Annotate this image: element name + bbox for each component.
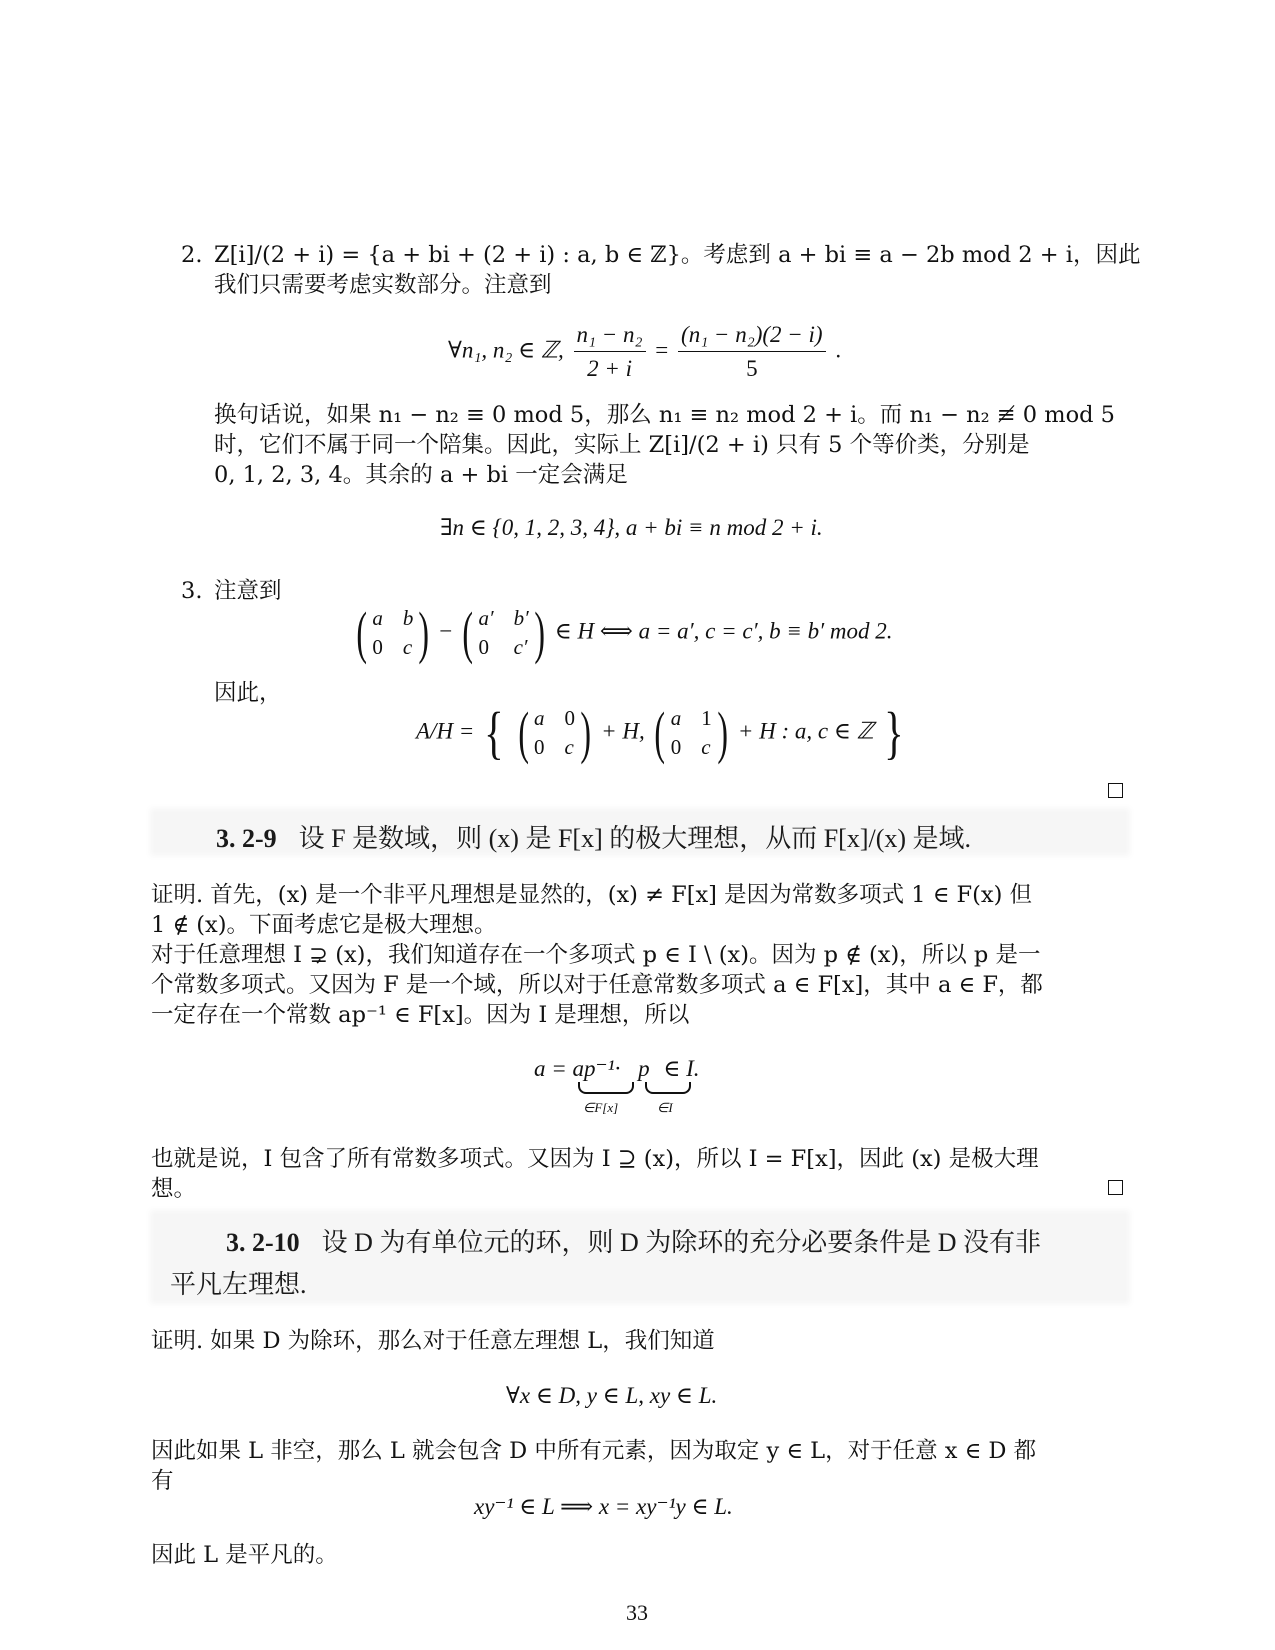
proof-2-display-equation-2: xy⁻¹ ∈ L ⟹ x = xy⁻¹y ∈ L.: [474, 1494, 733, 1520]
proof-2-line-3: 有: [151, 1470, 174, 1493]
right-paren: ): [580, 704, 591, 762]
minus-sign: −: [439, 618, 452, 643]
underbrace-2-icon: [645, 1082, 691, 1094]
proof-1-after-line-2: 想。: [151, 1178, 196, 1201]
matrix-entry: c: [565, 735, 576, 760]
fraction-2: (n₁ − n₂)(2 − i) 5: [678, 322, 826, 382]
fraction-2-denominator: 5: [746, 352, 758, 382]
matrix-entry: c: [403, 635, 414, 660]
item-3-display-equation-1: ( a b 0 c ) − ( a′ b′ 0 c′ ) ∈ H ⟺ a = a…: [352, 604, 893, 662]
proof-2-line-1: 证明. 如果 D 为除环，那么对于任意左理想 L，我们知道: [151, 1330, 715, 1353]
theorem-3-2-9: 3. 2-9设 F 是数域，则 (x) 是 F[x] 的极大理想，从而 F[x]…: [216, 818, 971, 855]
matrix-entry: c: [701, 735, 712, 760]
qed-square-icon: [1108, 1180, 1123, 1195]
matrix-entry: 0: [372, 635, 383, 660]
matrix-entry: a′: [478, 606, 493, 631]
proof-2-line-2: 因此如果 L 非空，那么 L 就会包含 D 中所有元素，因为取定 y ∈ L，对…: [151, 1440, 1036, 1463]
proof-1-line-1: 证明. 首先，(x) 是一个非平凡理想是显然的，(x) ≠ F[x] 是因为常数…: [151, 884, 1032, 907]
qed-square-icon: [1108, 783, 1123, 798]
proof-2-line-4: 因此 L 是平凡的。: [151, 1544, 338, 1567]
underbrace-1-icon: [578, 1082, 634, 1094]
item-2-label: 2.: [181, 244, 202, 267]
item-3-line-2: 因此，: [214, 682, 282, 705]
matrix-entry: a: [671, 706, 682, 731]
right-brace: }: [884, 704, 903, 762]
equivalence-condition: ∈ H ⟺ a = a′, c = c′, b ≡ b′ mod 2.: [555, 618, 893, 643]
matrix-entry: a: [372, 606, 383, 631]
set-condition: + H : a, c ∈ ℤ: [738, 718, 874, 743]
quotient-lhs: A/H =: [416, 718, 474, 743]
term-p: p: [638, 1056, 650, 1081]
item-2-line-3: 换句话说，如果 n₁ − n₂ ≡ 0 mod 5，那么 n₁ ≡ n₂ mod…: [214, 404, 1115, 427]
page-number: 33: [626, 1600, 648, 1626]
theorem-number: 3. 2-10: [226, 1228, 300, 1257]
matrix-entry: 0: [534, 735, 545, 760]
matrix-entry: b′: [514, 606, 529, 631]
matrix-entry: a: [534, 706, 545, 731]
left-paren: (: [655, 704, 666, 762]
term-ap-inverse: ap⁻¹: [573, 1056, 615, 1081]
item-2-display-equation-2: ∃n ∈ {0, 1, 2, 3, 4}, a + bi ≡ n mod 2 +…: [440, 515, 823, 541]
item-3-line-1: 注意到: [214, 580, 282, 603]
right-paren: ): [534, 604, 545, 662]
proof-1-line-5: 一定存在一个常数 ap⁻¹ ∈ F[x]。因为 I 是理想，所以: [151, 1004, 689, 1027]
left-brace: {: [484, 704, 503, 762]
fraction-2-numerator: (n₁ − n₂)(2 − i): [678, 322, 826, 352]
item-2-line-1: Z[i]/(2 + i) = {a + bi + (2 + i) : a, b …: [214, 244, 1140, 267]
theorem-statement-line-1: 设 D 为有单位元的环，则 D 为除环的充分必要条件是 D 没有非: [322, 1228, 1041, 1257]
matrix-4: ( a 1 0 c ): [650, 704, 732, 762]
item-2-line-4: 时，它们不属于同一个陪集。因此，实际上 Z[i]/(2 + i) 只有 5 个等…: [214, 434, 1030, 457]
matrix-entry: b: [403, 606, 414, 631]
matrix-entry: 1: [701, 706, 712, 731]
left-paren: (: [518, 704, 529, 762]
matrix-1: ( a b 0 c ): [352, 604, 434, 662]
matrix-entry: c′: [514, 635, 529, 660]
right-paren: ): [717, 704, 728, 762]
matrix-entry: 0: [478, 635, 493, 660]
left-paren: (: [462, 604, 473, 662]
proof-1-line-4: 个常数多项式。又因为 F 是一个域，所以对于任意常数多项式 a ∈ F[x]，其…: [151, 974, 1043, 997]
proof-1-after-line-1: 也就是说，I 包含了所有常数多项式。又因为 I ⊇ (x)，所以 I = F[x…: [151, 1148, 1039, 1171]
membership: ∈ I.: [663, 1056, 699, 1081]
underbrace-label-1: ∈F[x]: [583, 1100, 618, 1116]
proof-1-line-2: 1 ∉ (x)。下面考虑它是极大理想。: [151, 914, 497, 937]
item-3-display-equation-2: A/H = { ( a 0 0 c ) + H, ( a 1 0 c ) + H…: [416, 704, 907, 762]
plus-h: + H,: [601, 718, 645, 743]
item-2-line-2: 我们只需要考虑实数部分。注意到: [214, 274, 552, 297]
dot: ·: [615, 1056, 621, 1081]
theorem-number: 3. 2-9: [216, 824, 277, 853]
fraction-1: n₁ − n₂ 2 + i: [574, 322, 646, 382]
theorem-3-2-10-line-2: 平凡左理想.: [170, 1264, 307, 1301]
right-paren: ): [419, 604, 430, 662]
item-2-line-5: 0, 1, 2, 3, 4。其余的 a + bi 一定会满足: [214, 464, 628, 487]
theorem-statement: 设 F 是数域，则 (x) 是 F[x] 的极大理想，从而 F[x]/(x) 是…: [299, 824, 971, 853]
proof-1-display-equation: a = ap⁻¹· p ∈ I.: [534, 1056, 700, 1082]
lhs: a =: [534, 1056, 567, 1081]
matrix-3: ( a 0 0 c ): [514, 704, 596, 762]
forall-prefix: ∀n₁, n₂ ∈ ℤ,: [448, 337, 564, 362]
fraction-1-numerator: n₁ − n₂: [574, 322, 646, 352]
theorem-3-2-10-line-1: 3. 2-10设 D 为有单位元的环，则 D 为除环的充分必要条件是 D 没有非: [226, 1222, 1041, 1259]
equals-sign: =: [655, 337, 668, 362]
matrix-entry: 0: [565, 706, 576, 731]
item-3-label: 3.: [181, 580, 202, 603]
matrix-entry: 0: [671, 735, 682, 760]
item-2-display-equation-1: ∀n₁, n₂ ∈ ℤ, n₁ − n₂ 2 + i = (n₁ − n₂)(2…: [448, 322, 841, 382]
proof-1-line-3: 对于任意理想 I ⊋ (x)，我们知道存在一个多项式 p ∈ I \ (x)。因…: [151, 944, 1040, 967]
underbrace-label-2: ∈I: [657, 1100, 673, 1116]
matrix-2: ( a′ b′ 0 c′ ): [458, 604, 549, 662]
left-paren: (: [356, 604, 367, 662]
period: .: [835, 337, 841, 362]
proof-2-display-equation-1: ∀x ∈ D, y ∈ L, xy ∈ L.: [506, 1383, 717, 1409]
fraction-1-denominator: 2 + i: [587, 352, 632, 382]
